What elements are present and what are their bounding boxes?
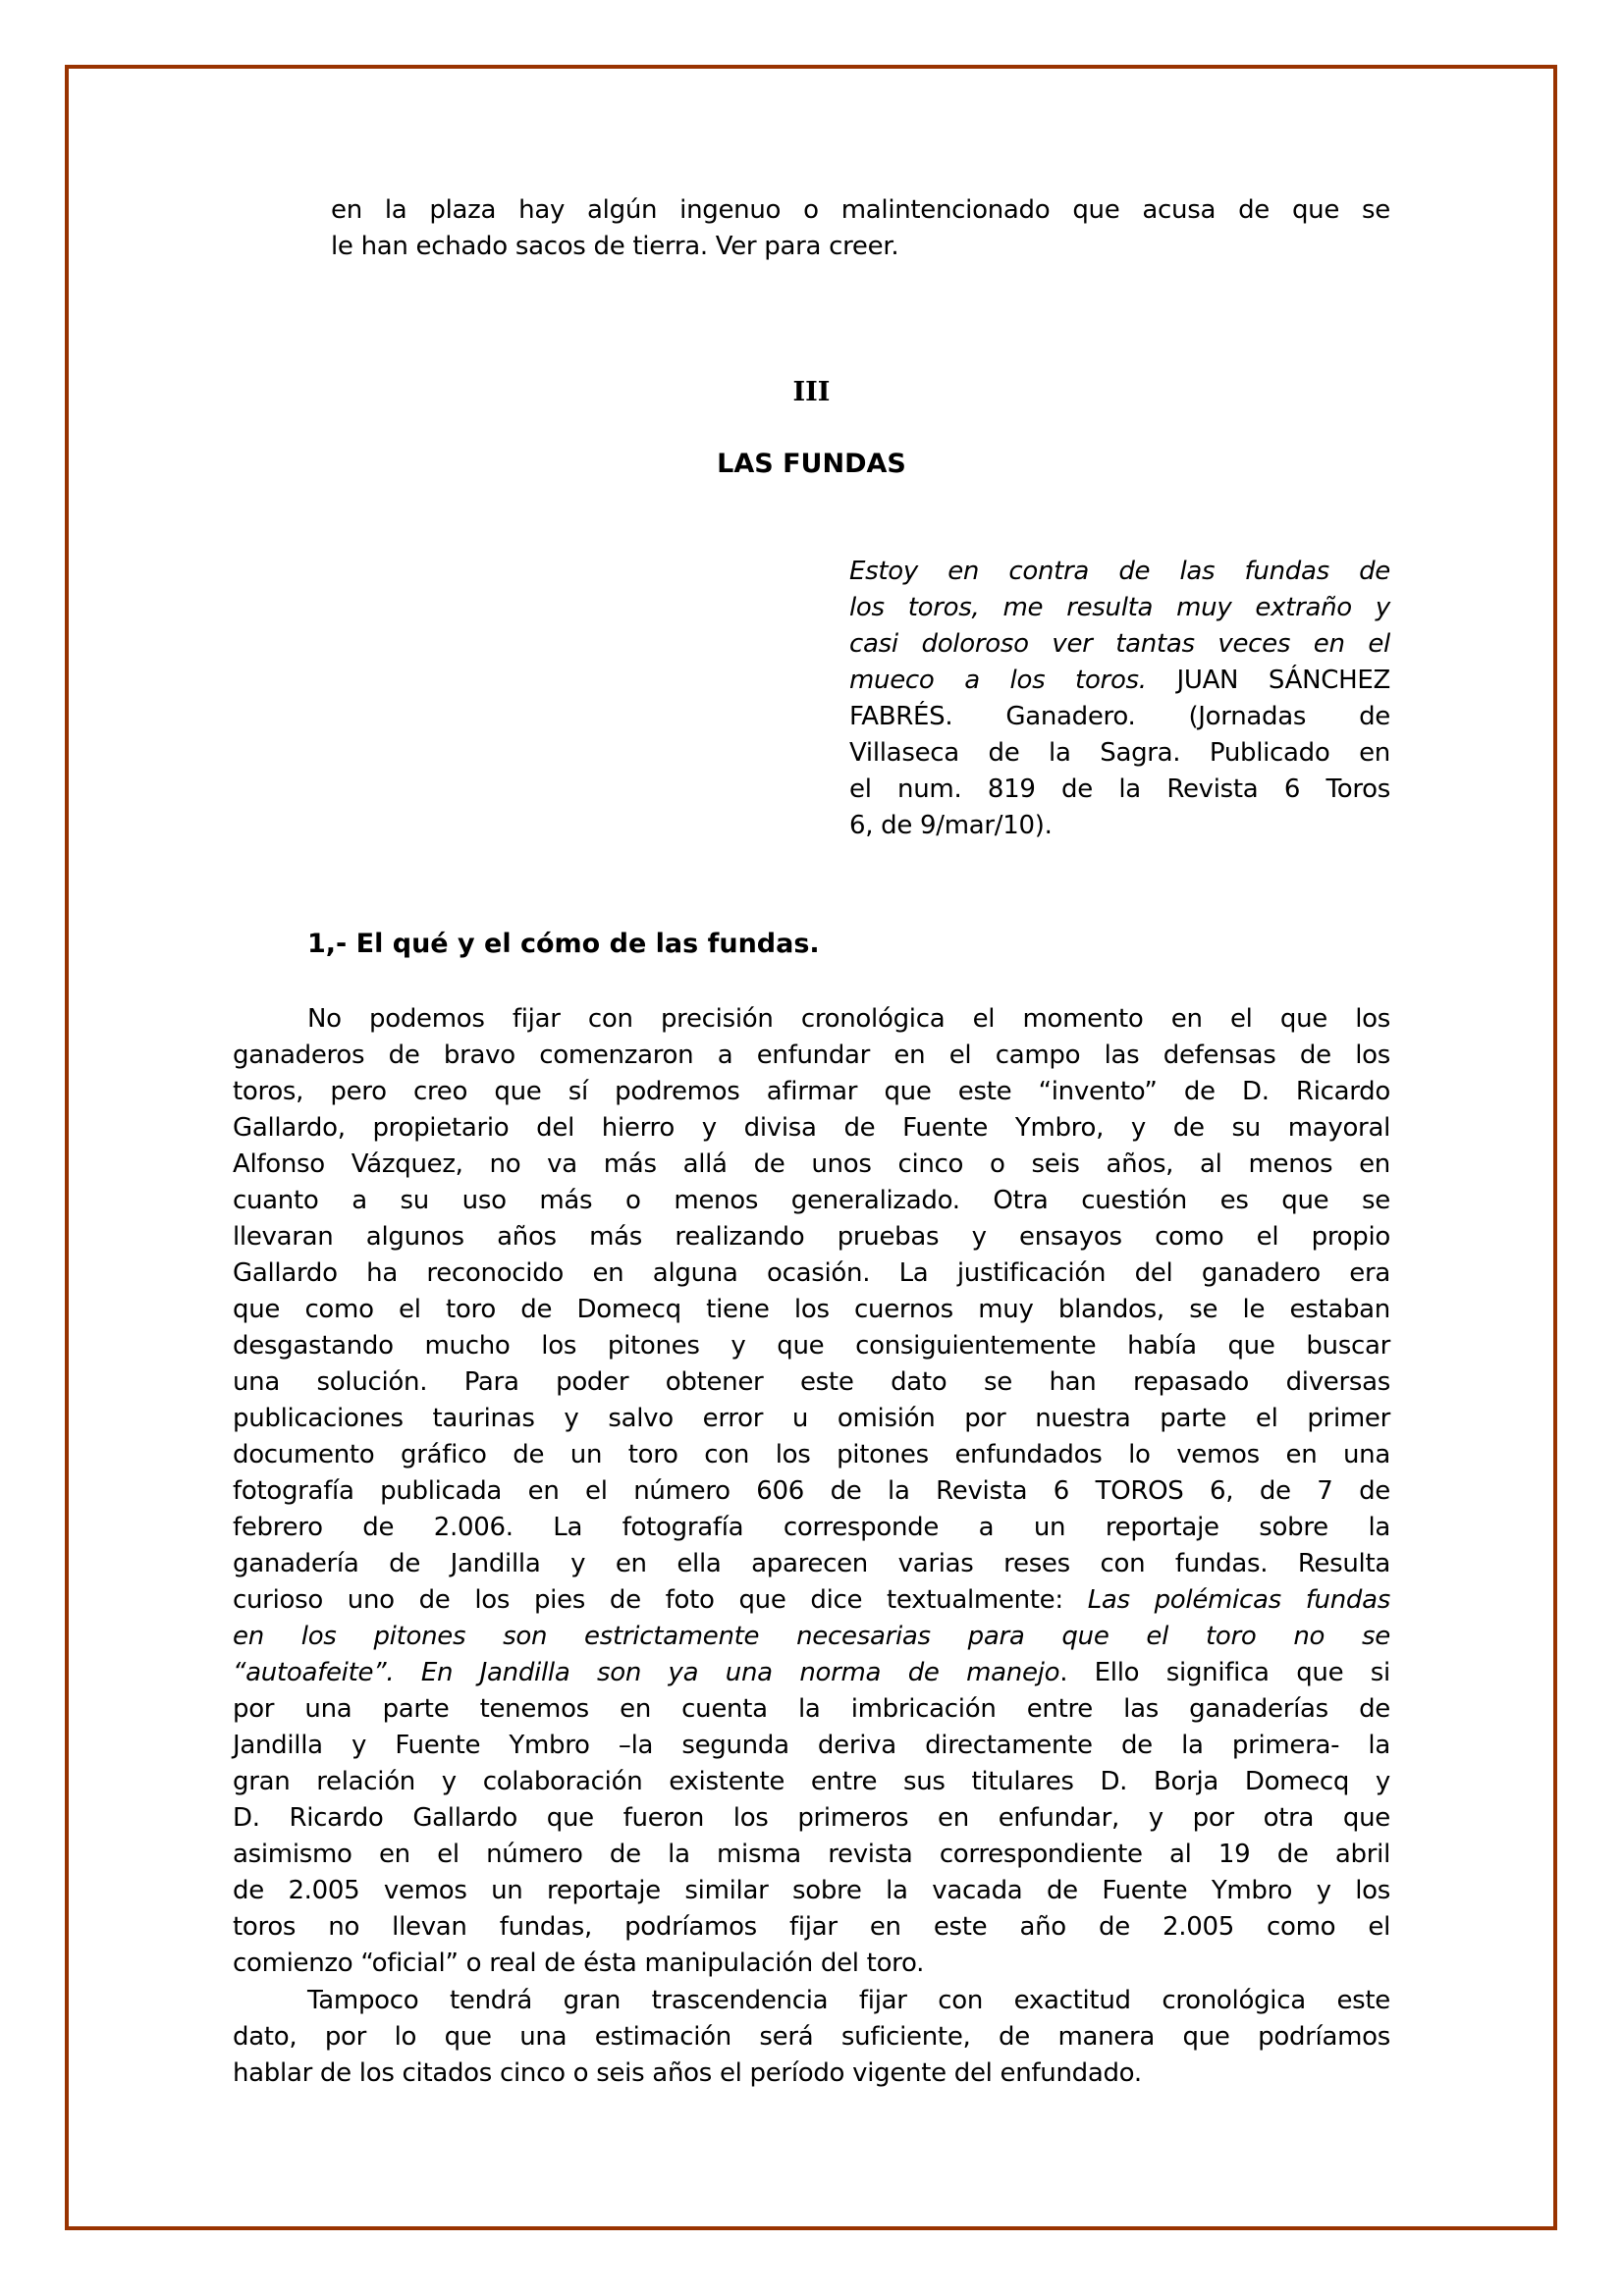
paragraph-line: gran relación y colaboración existente e…	[233, 1766, 1390, 1797]
paragraph-line: No podemos fijar con precisión cronológi…	[307, 1003, 1390, 1035]
paragraph-line: D. Ricardo Gallardo que fueron los prime…	[233, 1802, 1390, 1834]
paragraph-line: toros no llevan fundas, podríamos fijar …	[233, 1911, 1390, 1943]
paragraph-line: curioso uno de los pies de foto que dice…	[233, 1584, 1390, 1616]
paragraph-line: Jandilla y Fuente Ymbro –la segunda deri…	[233, 1730, 1390, 1761]
paragraph-line: Tampoco tendrá gran trascendencia fijar …	[307, 1985, 1390, 2016]
paragraph-line: de 2.005 vemos un reportaje similar sobr…	[233, 1875, 1390, 1906]
paragraph-line: desgastando mucho los pitones y que cons…	[233, 1330, 1390, 1362]
paragraph-line: ganadería de Jandilla y en ella aparecen…	[233, 1548, 1390, 1579]
paragraph-line: asimismo en el número de la misma revist…	[233, 1839, 1390, 1870]
epigraph-line: Villaseca de la Sagra. Publicado en	[849, 737, 1390, 769]
epigraph-line: mueco a los toros. JUAN SÁNCHEZ	[849, 665, 1390, 696]
paragraph-line: fotografía publicada en el número 606 de…	[233, 1475, 1390, 1507]
paragraph-line: hablar de los citados cinco o seis años …	[233, 2057, 1390, 2089]
section-heading: 1,- El qué y el cómo de las fundas.	[307, 929, 820, 960]
epigraph-line: FABRÉS. Ganadero. (Jornadas de	[849, 701, 1390, 732]
epigraph-author: JUAN SÁNCHEZ	[1147, 666, 1390, 695]
epigraph-line: el num. 819 de la Revista 6 Toros	[849, 774, 1390, 805]
paragraph-line: documento gráfico de un toro con los pit…	[233, 1439, 1390, 1470]
caption-quote: Las polémicas fundas	[1088, 1585, 1390, 1615]
paragraph-line: toros, pero creo que sí podremos afirmar…	[233, 1076, 1390, 1107]
paragraph-line: dato, por lo que una estimación será suf…	[233, 2021, 1390, 2053]
epigraph-line: Estoy en contra de las fundas de	[849, 556, 1390, 587]
caption-intro: curioso uno de los pies de foto que dice…	[233, 1585, 1088, 1615]
paragraph-line: Alfonso Vázquez, no va más allá de unos …	[233, 1148, 1390, 1180]
paragraph-line: publicaciones taurinas y salvo error u o…	[233, 1403, 1390, 1434]
paragraph-line: llevaran algunos años más realizando pru…	[233, 1221, 1390, 1253]
epigraph-line: casi doloroso ver tantas veces en el	[849, 628, 1390, 660]
paragraph-line: “autoafeite”. En Jandilla son ya una nor…	[233, 1657, 1390, 1688]
paragraph-line: Gallardo ha reconocido en alguna ocasión…	[233, 1257, 1390, 1289]
caption-quote-end: “autoafeite”. En Jandilla son ya una nor…	[233, 1658, 1059, 1687]
paragraph-line: ganaderos de bravo comenzaron a enfundar…	[233, 1040, 1390, 1071]
paragraph-line: que como el toro de Domecq tiene los cue…	[233, 1294, 1390, 1325]
paragraph-line: por una parte tenemos en cuenta la imbri…	[233, 1693, 1390, 1725]
epigraph-quote-end: mueco a los toros.	[849, 666, 1147, 695]
epigraph-line: los toros, me resulta muy extraño y	[849, 592, 1390, 623]
paragraph-line: Gallardo, propietario del hierro y divis…	[233, 1112, 1390, 1144]
caption-quote-line: en los pitones son estrictamente necesar…	[233, 1621, 1390, 1652]
paragraph-line: cuanto a su uso más o menos generalizado…	[233, 1185, 1390, 1216]
chapter-title: LAS FUNDAS	[0, 449, 1623, 480]
intro-line: en la plaza hay algún ingenuo o malinten…	[331, 194, 1390, 226]
paragraph-line: una solución. Para poder obtener este da…	[233, 1366, 1390, 1398]
paragraph-line: comienzo “oficial” o real de ésta manipu…	[233, 1948, 1390, 1979]
intro-line: le han echado sacos de tierra. Ver para …	[331, 231, 1390, 262]
chapter-number: III	[0, 377, 1623, 408]
epigraph-line: 6, de 9/mar/10).	[849, 810, 1390, 841]
caption-continuation: . Ello significa que si	[1059, 1658, 1390, 1687]
paragraph-line: febrero de 2.006. La fotografía correspo…	[233, 1512, 1390, 1543]
